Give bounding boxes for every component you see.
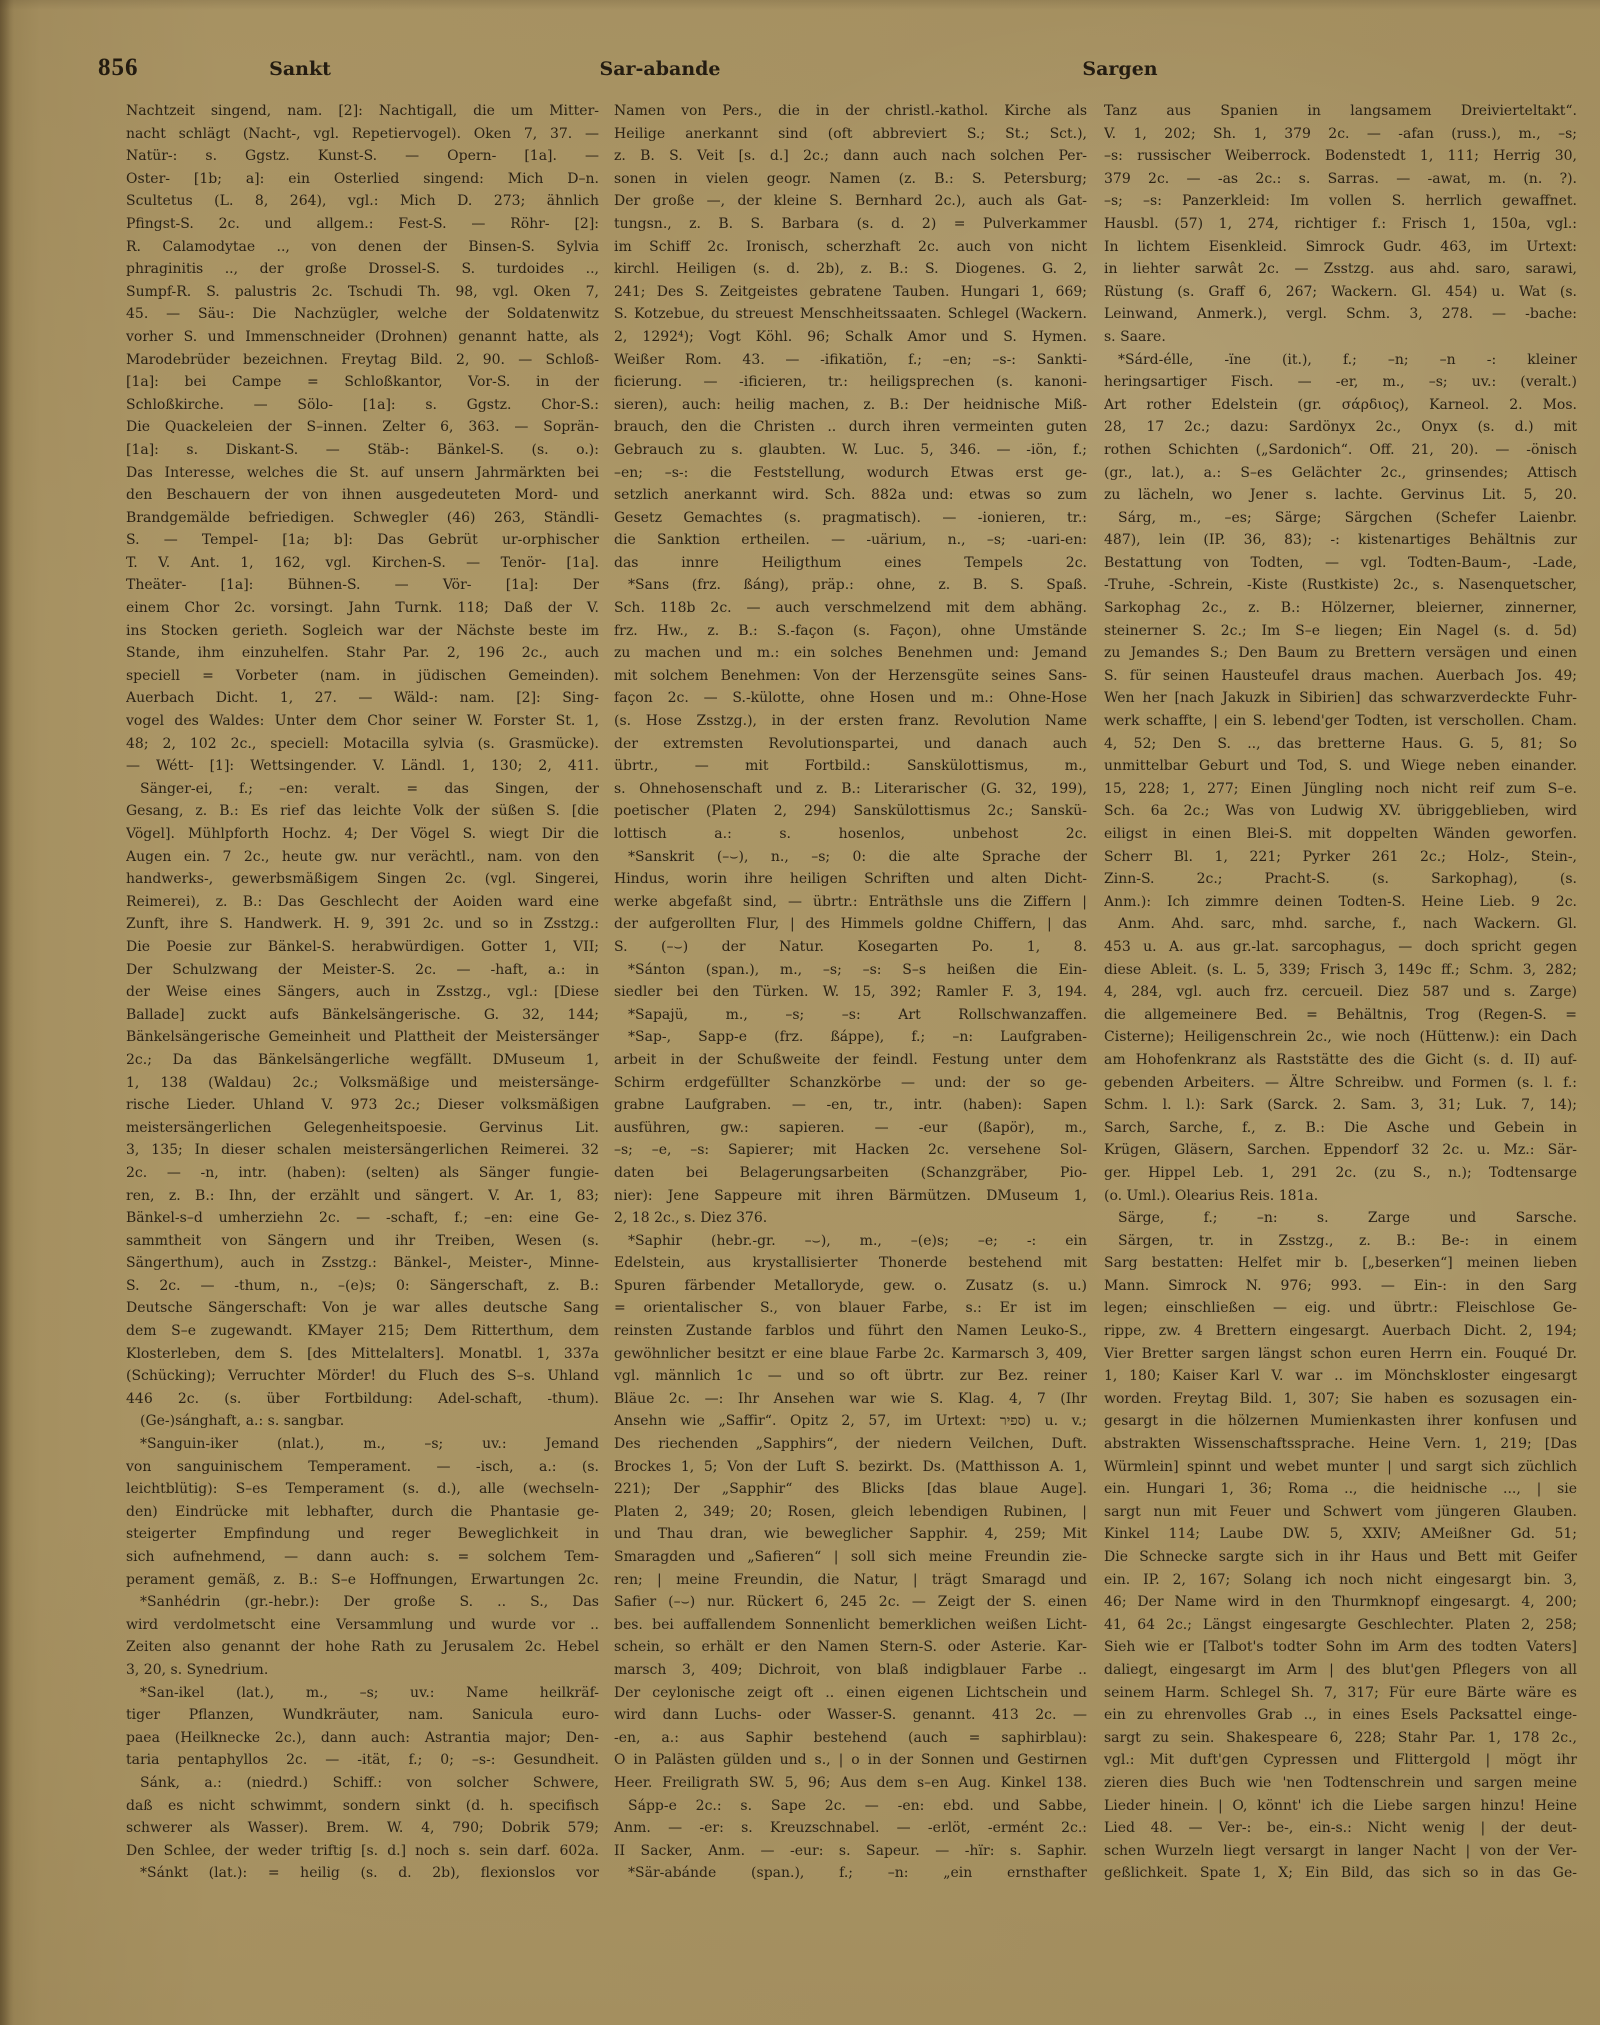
text-line: 45. — Säu-: Die Nachzügler, welche der S… xyxy=(126,303,599,326)
text-line: 2, 1292⁴); Vogt Köhl. 96; Schalk Amor un… xyxy=(614,326,1087,349)
text-line: Namen von Pers., die in der christl.-kat… xyxy=(614,100,1087,123)
text-line: 41, 64 2c.; Längst eingesargte Geschlech… xyxy=(1104,1614,1577,1637)
text-line: Schloßkirche. — Sölo- [1a]: s. Ggstz. Ch… xyxy=(126,394,599,417)
text-line: vorher S. und Immenschneider (Drohnen) g… xyxy=(126,326,599,349)
text-line: der extremsten Revolutionspartei, und da… xyxy=(614,733,1087,756)
text-line: *Sans (frz. ßáng), präp.: ohne, z. B. S.… xyxy=(614,574,1087,597)
text-line: werk schaffte, | ein S. lebend'ger Todte… xyxy=(1104,710,1577,733)
text-line: Heer. Freiligrath SW. 5, 96; Aus dem s–e… xyxy=(614,1772,1087,1795)
text-line: Leinwand, Anmerk.), vergl. Schm. 3, 278.… xyxy=(1104,303,1577,326)
text-line: Särge, f.; –n: s. Zarge und Sarsche. xyxy=(1104,1207,1577,1230)
text-line: Lieder hinein. | O, könnt' ich die Liebe… xyxy=(1104,1795,1577,1818)
text-line: im Schiff 2c. Ironisch, scherzhaft 2c. a… xyxy=(614,236,1087,259)
dictionary-page: { "page": { "number": "856", "catchwords… xyxy=(0,0,1600,2025)
text-line: Schm. l. l.): Sark (Sarck. 2. Sam. 3, 31… xyxy=(1104,1094,1577,1117)
text-line: Des riechenden „Sapphirs“, der niedern V… xyxy=(614,1433,1087,1456)
text-line: Anm.): Ich zimmre deinen Todten-S. Heine… xyxy=(1104,891,1577,914)
text-line: (o. Uml.). Olearius Reis. 181a. xyxy=(1104,1185,1577,1208)
catchword-left: Sankt xyxy=(240,58,360,80)
catchword-center: Sar-abande xyxy=(580,58,740,80)
text-line: Safier (–⌣) nur. Rückert 6, 245 2c. — Ze… xyxy=(614,1591,1087,1614)
text-line: von sanguinischem Temperament. — -isch, … xyxy=(126,1456,599,1479)
text-line: ren, z. B.: Ihn, der erzählt und sängert… xyxy=(126,1185,599,1208)
text-line: Das Interesse, welches die St. auf unser… xyxy=(126,462,599,485)
text-line: Marodebrüder bezeichnen. Freytag Bild. 2… xyxy=(126,349,599,372)
text-line: Cisterne); Heiligenschrein 2c., wie noch… xyxy=(1104,1026,1577,1049)
text-line: zu Jemandes S.; Den Baum zu Brettern ver… xyxy=(1104,642,1577,665)
text-line: Spuren färbender Metalloryde, gew. o. Zu… xyxy=(614,1275,1087,1298)
text-line: Vögel]. Mühlpforth Hochz. 4; Der Vögel S… xyxy=(126,823,599,846)
text-line: S. für seinen Hausteufel draus machen. A… xyxy=(1104,665,1577,688)
text-line: Augen ein. 7 2c., heute gw. nur verächtl… xyxy=(126,846,599,869)
text-line: ficierung. — -ificieren, tr.: heiligspre… xyxy=(614,371,1087,394)
text-line: Scultetus (L. 8, 264), vgl.: Mich D. 273… xyxy=(126,190,599,213)
text-line: Brockes 1, 5; Von der Luft S. bezirkt. D… xyxy=(614,1456,1087,1479)
text-line: Sch. 6a 2c.; Was von Ludwig XV. übriggeb… xyxy=(1104,800,1577,823)
text-line: speciell = Vorbeter (nam. in jüdischen G… xyxy=(126,665,599,688)
text-line: diese Ableit. (s. L. 5, 339; Frisch 3, 1… xyxy=(1104,959,1577,982)
text-line: Art rother Edelstein (gr. σάρδιος), Karn… xyxy=(1104,394,1577,417)
text-line: Wen her [nach Jakuzk in Sibirien] das sc… xyxy=(1104,687,1577,710)
text-line: Schirm erdgefüllter Schanzkörbe — und: d… xyxy=(614,1072,1087,1095)
text-line: heringsartiger Fisch. — -er, m., –s; uv.… xyxy=(1104,371,1577,394)
text-line: Scherr Bl. 1, 221; Pyrker 261 2c.; Holz-… xyxy=(1104,846,1577,869)
text-line: meistersängerlichen Gelegenheitspoesie. … xyxy=(126,1117,599,1140)
text-line: 2c. — -n, intr. (haben): (selten) als Sä… xyxy=(126,1162,599,1185)
text-line: *Sárd-élle, -ïne (it.), f.; –n; –n -: kl… xyxy=(1104,349,1577,372)
text-line: zu machen und m.: ein solches Benehmen u… xyxy=(614,642,1087,665)
text-line: Nachtzeit singend, nam. [2]: Nachtigall,… xyxy=(126,100,599,123)
text-line: *Sanhédrin (gr.-hebr.): Der große S. .. … xyxy=(126,1591,599,1614)
page-top-edge-shadow xyxy=(0,0,1600,10)
text-column-3: Tanz aus Spanien in langsamem Dreivierte… xyxy=(1104,100,1577,1885)
text-line: -en, a.: aus Saphir bestehend (auch = sa… xyxy=(614,1727,1087,1750)
text-line: Tanz aus Spanien in langsamem Dreivierte… xyxy=(1104,100,1577,123)
text-line: 15, 228; 1, 277; Einen Jüngling noch nic… xyxy=(1104,778,1577,801)
text-line: *Sanguin-iker (nlat.), m., –s; uv.: Jema… xyxy=(126,1433,599,1456)
text-line: [1a]: bei Campe = Schloßkantor, Vor-S. i… xyxy=(126,371,599,394)
text-line: *Sánkt (lat.): = heilig (s. d. 2b), flex… xyxy=(126,1862,599,1885)
text-line: sonen in vielen geogr. Namen (z. B.: S. … xyxy=(614,168,1087,191)
text-line: façon 2c. — S.-külotte, ohne Hosen und m… xyxy=(614,687,1087,710)
text-line: ein zu ehrenvolles Grab .., in eines Ese… xyxy=(1104,1704,1577,1727)
running-header: 856 Sankt Sar-abande Sargen xyxy=(0,54,1600,88)
text-line: tiger Pflanzen, Wundkräuter, nam. Sanicu… xyxy=(126,1704,599,1727)
text-line: daß es nicht schwimmt, sondern sinkt (d.… xyxy=(126,1795,599,1818)
text-line: Gesetz Gemachtes (s. pragmatisch). — -io… xyxy=(614,507,1087,530)
text-line: II Sacker, Anm. — -eur: s. Sapeur. — -hï… xyxy=(614,1840,1087,1863)
text-line: ger. Hippel Leb. 1, 291 2c. (zu S., n.);… xyxy=(1104,1162,1577,1185)
text-line: vgl.: Mit duft'gen Cypressen und Flitter… xyxy=(1104,1749,1577,1772)
text-line: Zeiten also genannt der hohe Rath zu Jer… xyxy=(126,1636,599,1659)
text-line: 48; 2, 102 2c., speciell: Motacilla sylv… xyxy=(126,733,599,756)
text-line: Den Schlee, der weder triftig [s. d.] no… xyxy=(126,1840,599,1863)
text-line: setzlich anerkannt wird. Sch. 882a und: … xyxy=(614,484,1087,507)
text-line: *Sánton (span.), m., –s; –s: S–s heißen … xyxy=(614,959,1087,982)
text-line: Bestattung von Todten, — vgl. Todten-Bau… xyxy=(1104,552,1577,575)
text-line: R. Calamodytae .., von denen der Binsen-… xyxy=(126,236,599,259)
text-column-1: Nachtzeit singend, nam. [2]: Nachtigall,… xyxy=(126,100,599,1885)
text-line: poetischer (Platen 2, 294) Sanskülottism… xyxy=(614,800,1087,823)
text-line: nacht schlägt (Nacht-, vgl. Repetiervoge… xyxy=(126,123,599,146)
text-line: -Truhe, -Schrein, -Kiste (Rustkiste) 2c.… xyxy=(1104,574,1577,597)
text-line: Der Schulzwang der Meister-S. 2c. — -haf… xyxy=(126,959,599,982)
text-line: reinsten Zustande farblos und führt den … xyxy=(614,1320,1087,1343)
text-line: sieren), auch: heilig machen, z. B.: Der… xyxy=(614,394,1087,417)
text-line: vgl. männlich 1c — und so oft übrtr. zur… xyxy=(614,1365,1087,1388)
text-line: 2c.; Da das Bänkelsängerliche wegfällt. … xyxy=(126,1049,599,1072)
text-line: 46; Der Name wird in den Thurmknopf eing… xyxy=(1104,1591,1577,1614)
text-line: Der große —, der kleine S. Bernhard 2c.)… xyxy=(614,190,1087,213)
text-line: Sápp-e 2c.: s. Sape 2c. — -en: ebd. und … xyxy=(614,1795,1087,1818)
text-line: Anm. — -er: s. Kreuzschnabel. — -erlöt, … xyxy=(614,1817,1087,1840)
text-line: S. — Tempel- [1a; b]: Das Gebrüt ur-orph… xyxy=(126,529,599,552)
text-line: — Wétt- [1]: Wettsingender. V. Ländl. 1,… xyxy=(126,755,599,778)
text-line: ein. Hungari 1, 36; Roma .., die heidnis… xyxy=(1104,1478,1577,1501)
text-line: rippe, zw. 4 Brettern eingesargt. Auerba… xyxy=(1104,1320,1577,1343)
text-line: am Hohofenkranz als Raststätte des die G… xyxy=(1104,1049,1577,1072)
text-line: (gr., lat.), a.: S–es Gelächter 2c., gri… xyxy=(1104,462,1577,485)
catchword-right: Sargen xyxy=(1060,58,1180,80)
text-line: In lichtem Eisenkleid. Simrock Gudr. 463… xyxy=(1104,236,1577,259)
text-column-2: Namen von Pers., die in der christl.-kat… xyxy=(614,100,1087,1885)
text-line: Sänger-ei, f.; –en: veralt. = das Singen… xyxy=(126,778,599,801)
text-line: Die Poesie zur Bänkel-S. herabwürdigen. … xyxy=(126,936,599,959)
text-line: –s; –s: Panzerkleid: Im vollen S. herrli… xyxy=(1104,190,1577,213)
text-line: bes. bei auffallendem Sonnenlicht bemerk… xyxy=(614,1614,1087,1637)
text-line: (s. Hose Zsstzg.), in der ersten franz. … xyxy=(614,710,1087,733)
text-line: paea (Heilknecke 2c.), dann auch: Astran… xyxy=(126,1727,599,1750)
text-line: (Schücking); Verruchter Mörder! du Fluch… xyxy=(126,1365,599,1388)
text-line: Sieh wie er [Talbot's todter Sohn im Arm… xyxy=(1104,1636,1577,1659)
text-line: abstrakten Wissenschaftssprache. Heine V… xyxy=(1104,1433,1577,1456)
text-line: T. V. Ant. 1, 162, vgl. Kirchen-S. — Ten… xyxy=(126,552,599,575)
text-line: ein. IP. 2, 167; Solang ich noch nicht e… xyxy=(1104,1569,1577,1592)
text-line: vogel des Waldes: Unter dem Chor seiner … xyxy=(126,710,599,733)
text-line: daliegt, eingesargt im Arm | des blut'ge… xyxy=(1104,1659,1577,1682)
text-line: Reimerei), z. B.: Das Geschlecht der Aoi… xyxy=(126,891,599,914)
text-line: Kinkel 114; Laube DW. 5, XXIV; AMeißner … xyxy=(1104,1523,1577,1546)
text-line: Platen 2, 349; 20; Rosen, gleich lebendi… xyxy=(614,1501,1087,1524)
text-line: Sarch, Sarche, f., z. B.: Die Asche und … xyxy=(1104,1117,1577,1140)
text-line: unmittelbar Geburt und Tod, S. und Wiege… xyxy=(1104,755,1577,778)
text-line: arbeit in der Schußweite der feindl. Fes… xyxy=(614,1049,1087,1072)
text-line: s. Ohnehosenschaft und z. B.: Literarisc… xyxy=(614,778,1087,801)
text-line: S. (–⌣) der Natur. Kosegarten Po. 1, 8. xyxy=(614,936,1087,959)
text-line: gebenden Arbeiters. — Ältre Schreibw. un… xyxy=(1104,1072,1577,1095)
text-line: Weißer Rom. 43. — -ifikatiön, f.; –en; –… xyxy=(614,349,1087,372)
text-line: kirchl. Heiligen (s. d. 2b), z. B.: S. D… xyxy=(614,258,1087,281)
text-line: V. 1, 202; Sh. 1, 379 2c. — -afan (russ.… xyxy=(1104,123,1577,146)
text-line: mit solchem Benehmen: Von der Herzensgüt… xyxy=(614,665,1087,688)
text-line: Anm. Ahd. sarc, mhd. sarche, f., nach Wa… xyxy=(1104,913,1577,936)
text-line: Sch. 118b 2c. — auch verschmelzend mit d… xyxy=(614,597,1087,620)
text-line: Smaragden und „Safieren“ | soll sich mei… xyxy=(614,1546,1087,1569)
text-line: 487), lein (IP. 36, 83); -: kistenartige… xyxy=(1104,529,1577,552)
text-line: den Beschauern der von ihnen ausgedeutet… xyxy=(126,484,599,507)
text-line: rische Lieder. Uhland V. 973 2c.; Dieser… xyxy=(126,1094,599,1117)
text-line: 3, 135; In dieser schalen meistersängerl… xyxy=(126,1139,599,1162)
text-line: *Sap-, Sapp-e (frz. ßáppe), f.; –n: Lauf… xyxy=(614,1026,1087,1049)
text-line: dem S–e zugewandt. KMayer 215; Dem Ritte… xyxy=(126,1320,599,1343)
text-line: brauch, den die Christen .. durch ihren … xyxy=(614,416,1087,439)
text-line: worden. Freytag Bild. 1, 307; Sie haben … xyxy=(1104,1388,1577,1411)
text-line: übrtr., — mit Fortbild.: Sanskülottismus… xyxy=(614,755,1087,778)
text-line: 2, 18 2c., s. Diez 376. xyxy=(614,1207,1087,1230)
text-line: Ansehn wie „Saffir“. Opitz 2, 57, im Urt… xyxy=(614,1410,1087,1433)
text-line: 221); Der „Sapphir“ des Blicks [das blau… xyxy=(614,1478,1087,1501)
text-line: wird dann Luchs- oder Wasser-S. genannt.… xyxy=(614,1704,1087,1727)
text-line: Zinn-S. 2c.; Pracht-S. (s. Sarkophag), (… xyxy=(1104,868,1577,891)
text-line: nier): Jene Sappeure mit ihren Bärmützen… xyxy=(614,1185,1087,1208)
text-line: der aufgerollten Flur, | des Himmels gol… xyxy=(614,913,1087,936)
text-line: 3, 20, s. Synedrium. xyxy=(126,1659,599,1682)
text-line: Sarg bestatten: Helfet mir b. [„beserken… xyxy=(1104,1252,1577,1275)
text-line: 28, 17 2c.; dazu: Sardönyx 2c., Onyx (s.… xyxy=(1104,416,1577,439)
text-line: [1a]: s. Diskant-S. — Stäb-: Bänkel-S. (… xyxy=(126,439,599,462)
page-left-edge-shadow xyxy=(0,0,14,2025)
text-line: perament gemäß, z. B.: S–e Hoffnungen, E… xyxy=(126,1569,599,1592)
text-line: Bänkel-s–d umherziehn 2c. — -schaft, f.;… xyxy=(126,1207,599,1230)
text-line: Sárg, m., –es; Särge; Särgchen (Schefer … xyxy=(1104,507,1577,530)
text-line: Bläue 2c. —: Ihr Ansehen war wie S. Klag… xyxy=(614,1388,1087,1411)
text-line: Bänkelsängerische Gemeinheit und Platthe… xyxy=(126,1026,599,1049)
text-line: Deutsche Sängerschaft: Von je war alles … xyxy=(126,1297,599,1320)
text-line: tungsn., z. B. S. Barbara (s. d. 2) = Pu… xyxy=(614,213,1087,236)
text-line: eiligst in einen Blei-S. mit doppelten W… xyxy=(1104,823,1577,846)
text-line: ausführen, gw.: sapieren. — -eur (ßapör)… xyxy=(614,1117,1087,1140)
text-line: sargt zu sein. Shakespeare 6, 228; Stahr… xyxy=(1104,1727,1577,1750)
text-line: zieren dies Buch wie 'nen Todtenschrein … xyxy=(1104,1772,1577,1795)
page-number: 856 xyxy=(98,54,139,82)
text-line: ins Stocken gerieth. Sogleich war der Nä… xyxy=(126,620,599,643)
text-line: S. 2c. — -thum, n., –(e)s; 0: Sängerscha… xyxy=(126,1275,599,1298)
text-line: und Thau dran, wie beweglicher Sapphir. … xyxy=(614,1523,1087,1546)
text-line: 453 u. A. aus gr.-lat. sarcophagus, — do… xyxy=(1104,936,1577,959)
text-line: 4, 52; Den S. .., das bretterne Haus. G.… xyxy=(1104,733,1577,756)
text-line: Heilige anerkannt sind (oft abbreviert S… xyxy=(614,123,1087,146)
text-line: Stande, ihm einzuhelfen. Stahr Par. 2, 1… xyxy=(126,642,599,665)
text-line: z. B. S. Veit [s. d.] 2c.; dann auch nac… xyxy=(614,145,1087,168)
text-line: in liehter sarwât 2c. — Zsstzg. aus ahd.… xyxy=(1104,258,1577,281)
text-line: siedler bei den Türken. W. 15, 392; Raml… xyxy=(614,981,1087,1004)
text-line: Sánk, a.: (niedrd.) Schiff.: von solcher… xyxy=(126,1772,599,1795)
text-line: lottisch a.: s. hosenlos, unbehost 2c. xyxy=(614,823,1087,846)
text-line: ren; | meine Freundin, die Natur, | träg… xyxy=(614,1569,1087,1592)
text-line: sargt nun mit Feuer und Schwert vom jüng… xyxy=(1104,1501,1577,1524)
text-line: Mann. Simrock N. 976; 993. — Ein-: in de… xyxy=(1104,1275,1577,1298)
text-line: Zunft, ihre S. Handwerk. H. 9, 391 2c. u… xyxy=(126,913,599,936)
text-line: das innre Heiligthum eines Tempels 2c. xyxy=(614,552,1087,575)
text-line: grabne Laufgraben. — -en, tr., intr. (ha… xyxy=(614,1094,1087,1117)
text-line: *Saphir (hebr.-gr. –⌣), m., –(e)s; –e; -… xyxy=(614,1230,1087,1253)
text-line: schen Wurzeln liegt versargt in langer N… xyxy=(1104,1840,1577,1863)
text-line: Der ceylonische zeigt oft .. einen eigen… xyxy=(614,1682,1087,1705)
text-line: zu lächeln, wo Jener s. lachte. Gervinus… xyxy=(1104,484,1577,507)
text-line: Rüstung (s. Graff 6, 267; Wackern. Gl. 4… xyxy=(1104,281,1577,304)
text-line: –s: russischer Weiberrock. Bodenstedt 1,… xyxy=(1104,145,1577,168)
text-line: 1, 180; Kaiser Karl V. war .. im Mönchsk… xyxy=(1104,1365,1577,1388)
text-line: sammtheit von Sängern und ihr Treiben, W… xyxy=(126,1230,599,1253)
text-line: Särgen, tr. in Zsstzg., z. B.: Be-: in e… xyxy=(1104,1230,1577,1253)
text-line: phraginitis .., der große Drossel-S. S. … xyxy=(126,258,599,281)
text-line: Hausbl. (57) 1, 274, richtiger f.: Frisc… xyxy=(1104,213,1577,236)
text-line: leichtblütig): S–es Temperament (s. d.),… xyxy=(126,1478,599,1501)
text-line: Brandgemälde befriedigen. Schwegler (46)… xyxy=(126,507,599,530)
text-line: die allgemeinere Bed. = Behältnis, Trog … xyxy=(1104,1004,1577,1027)
text-line: Die Quackeleien der S–innen. Zelter 6, 3… xyxy=(126,416,599,439)
text-line: steigerter Empfindung und reger Beweglic… xyxy=(126,1523,599,1546)
text-line: 1, 138 (Waldau) 2c.; Volksmäßige und mei… xyxy=(126,1072,599,1095)
text-line: einem Chor 2c. vorsingt. Jahn Turnk. 118… xyxy=(126,597,599,620)
text-line: *Sanskrit (–⌣), n., –s; 0: die alte Spra… xyxy=(614,846,1087,869)
text-line: 379 2c. — -as 2c.: s. Sarras. — -awat, m… xyxy=(1104,168,1577,191)
text-line: steinerner S. 2c.; Im S–e liegen; Ein Na… xyxy=(1104,620,1577,643)
text-line: marsch 3, 409; Dichroit, von blaß indigb… xyxy=(614,1659,1087,1682)
text-line: *Sapajü, m., –s; –s: Art Rollschwanzaffe… xyxy=(614,1004,1087,1027)
text-line: den) Eindrücke mit lebhafter, durch die … xyxy=(126,1501,599,1524)
text-line: 446 2c. (s. über Fortbildung: Adel-schaf… xyxy=(126,1388,599,1411)
text-line: Gesang, z. B.: Es rief das leichte Volk … xyxy=(126,800,599,823)
text-line: Pfingst-S. 2c. und allgem.: Fest-S. — Rö… xyxy=(126,213,599,236)
text-line: gesargt in die hölzernen Mumienkasten ih… xyxy=(1104,1410,1577,1433)
text-line: Hindus, worin ihre heiligen Schriften un… xyxy=(614,868,1087,891)
text-line: Würmlein] spinnt und webet munter | und … xyxy=(1104,1456,1577,1479)
text-line: *Sär-abánde (span.), f.; –n: „ein ernsth… xyxy=(614,1862,1087,1885)
text-line: daten bei Belagerungsarbeiten (Schanzgrä… xyxy=(614,1162,1087,1185)
text-line: O in Palästen gülden und s., | o in der … xyxy=(614,1749,1087,1772)
text-line: handwerks-, gewerbsmäßigem Singen 2c. (v… xyxy=(126,868,599,891)
text-line: gewöhnlicher besitzt er eine blaue Farbe… xyxy=(614,1343,1087,1366)
text-line: Gebrauch zu s. glaubten. W. Luc. 5, 346.… xyxy=(614,439,1087,462)
text-line: Ballade] zuckt aufs Bänkelsängerische. G… xyxy=(126,1004,599,1027)
text-line: –s; –e, –s: Sapierer; mit Hacken 2c. ver… xyxy=(614,1139,1087,1162)
text-line: Die Schnecke sargte sich in ihr Haus und… xyxy=(1104,1546,1577,1569)
text-line: sich aufnehmend, — dann auch: s. = solch… xyxy=(126,1546,599,1569)
text-line: die Sanktion ertheilen. — -uärium, n., –… xyxy=(614,529,1087,552)
text-line: schein, so erhält er den Namen Stern-S. … xyxy=(614,1636,1087,1659)
text-line: rothen Schichten („Sardonich“. Off. 21, … xyxy=(1104,439,1577,462)
text-line: Krügen, Gläsern, Sarchen. Eppendorf 32 2… xyxy=(1104,1139,1577,1162)
text-line: Edelstein, aus krystallisierter Thonerde… xyxy=(614,1252,1087,1275)
text-line: *San-ikel (lat.), m., –s; uv.: Name heil… xyxy=(126,1682,599,1705)
text-line: 4, 284, vgl. auch frz. cercueil. Diez 58… xyxy=(1104,981,1577,1004)
text-line: wird verdolmetscht eine Versammlung und … xyxy=(126,1614,599,1637)
text-line: 241; Des S. Zeitgeistes gebratene Tauben… xyxy=(614,281,1087,304)
text-line: Sarkophag 2c., z. B.: Hölzerner, bleiern… xyxy=(1104,597,1577,620)
text-line: Klosterleben, dem S. [des Mittelalters].… xyxy=(126,1343,599,1366)
text-line: schwerer als Wasser). Brem. W. 4, 790; D… xyxy=(126,1817,599,1840)
text-line: –en; –s-: die Feststellung, wodurch Etwa… xyxy=(614,462,1087,485)
text-line: Vier Bretter sargen längst schon euren H… xyxy=(1104,1343,1577,1366)
text-line: s. Saare. xyxy=(1104,326,1577,349)
text-line: Theäter- [1a]: Bühnen-S. — Vör- [1a]: De… xyxy=(126,574,599,597)
text-line: legen; einschließen — eig. und übrtr.: F… xyxy=(1104,1297,1577,1320)
text-line: Lied 48. — Ver-: be-, ein-s.: Nicht weni… xyxy=(1104,1817,1577,1840)
text-line: = orientalischer S., von blauer Farbe, s… xyxy=(614,1297,1087,1320)
text-line: seinem Harm. Schlegel Sh. 7, 317; Für eu… xyxy=(1104,1682,1577,1705)
text-line: Sängerthum), auch in Zsstzg.: Bänkel-, M… xyxy=(126,1252,599,1275)
text-line: S. Kotzebue, du streuest Menschheitssaat… xyxy=(614,303,1087,326)
text-line: Sumpf-R. S. palustris 2c. Tschudi Th. 98… xyxy=(126,281,599,304)
text-line: Natür-: s. Ggstz. Kunst-S. — Opern- [1a]… xyxy=(126,145,599,168)
text-line: werke abgefaßt sind, — übrtr.: Enträthsl… xyxy=(614,891,1087,914)
text-line: Auerbach Dicht. 1, 27. — Wäld-: nam. [2]… xyxy=(126,687,599,710)
text-line: taria pentaphyllos 2c. — -ität, f.; 0; –… xyxy=(126,1749,599,1772)
text-line: frz. Hw., z. B.: S.-façon (s. Façon), oh… xyxy=(614,620,1087,643)
text-line: geßlichkeit. Spate 1, X; Ein Bild, das s… xyxy=(1104,1862,1577,1885)
text-line: der Weise eines Sängers, auch in Zsstzg.… xyxy=(126,981,599,1004)
text-line: (Ge-)sánghaft, a.: s. sangbar. xyxy=(126,1410,599,1433)
text-line: Oster- [1b; a]: ein Osterlied singend: M… xyxy=(126,168,599,191)
